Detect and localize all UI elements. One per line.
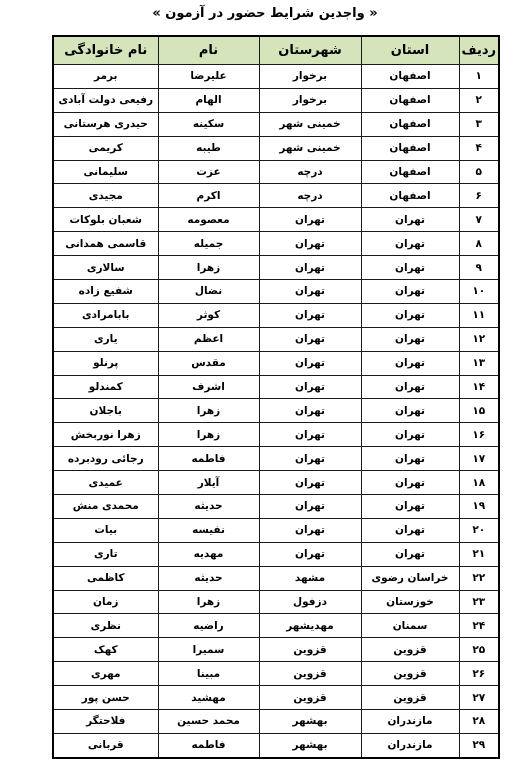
cell-row-number: ۶ <box>459 184 499 208</box>
cell-row-number: ۲۱ <box>459 542 499 566</box>
cell-last-name: شفیع زاده <box>53 280 158 304</box>
cell-first-name: اشرف <box>158 375 259 399</box>
cell-province: اصفهان <box>361 184 459 208</box>
table-header-row: ردیف استان شهرستان نام نام خانوادگی <box>53 36 499 65</box>
cell-city: بهشهر <box>259 710 361 734</box>
table-row: ۲۶قزوینقزوینمبینامهری <box>53 662 499 686</box>
cell-province: تهران <box>361 399 459 423</box>
table-row: ۱۷تهرانتهرانفاطمهرجائی رودبرده <box>53 447 499 471</box>
cell-row-number: ۱۱ <box>459 303 499 327</box>
cell-last-name: نظری <box>53 614 158 638</box>
cell-province: تهران <box>361 542 459 566</box>
cell-last-name: قربانی <box>53 733 158 757</box>
cell-city: تهران <box>259 256 361 280</box>
cell-first-name: مهدیه <box>158 542 259 566</box>
cell-province: تهران <box>361 256 459 280</box>
cell-last-name: کهک <box>53 638 158 662</box>
cell-city: خمینی شهر <box>259 136 361 160</box>
header-city: شهرستان <box>259 36 361 65</box>
cell-last-name: کمندلو <box>53 375 158 399</box>
cell-city: تهران <box>259 423 361 447</box>
cell-province: اصفهان <box>361 136 459 160</box>
cell-row-number: ۲۵ <box>459 638 499 662</box>
header-last-name: نام خانوادگی <box>53 36 158 65</box>
header-first-name: نام <box>158 36 259 65</box>
cell-city: تهران <box>259 375 361 399</box>
cell-province: مازندران <box>361 733 459 757</box>
cell-city: مهدیشهر <box>259 614 361 638</box>
cell-province: تهران <box>361 471 459 495</box>
cell-city: تهران <box>259 351 361 375</box>
cell-city: تهران <box>259 518 361 542</box>
cell-city: درچه <box>259 184 361 208</box>
table-row: ۸تهرانتهرانجمیلهقاسمی همدانی <box>53 232 499 256</box>
cell-city: تهران <box>259 303 361 327</box>
cell-row-number: ۲۲ <box>459 566 499 590</box>
cell-city: تهران <box>259 471 361 495</box>
cell-city: تهران <box>259 447 361 471</box>
table-row: ۱۴تهرانتهراناشرفکمندلو <box>53 375 499 399</box>
cell-province: تهران <box>361 423 459 447</box>
cell-city: تهران <box>259 232 361 256</box>
cell-last-name: فلاحتگر <box>53 710 158 734</box>
cell-province: خوزستان <box>361 590 459 614</box>
cell-city: خمینی شهر <box>259 112 361 136</box>
cell-city: قزوین <box>259 662 361 686</box>
table-row: ۱۶تهرانتهرانزهرازهرا نوربخش <box>53 423 499 447</box>
cell-first-name: علیرضا <box>158 65 259 89</box>
table-row: ۳اصفهانخمینی شهرسکینهحیدری هرستانی <box>53 112 499 136</box>
cell-first-name: فاطمه <box>158 733 259 757</box>
page-title: « واجدین شرایط حضور در آزمون » <box>0 6 530 21</box>
cell-row-number: ۱۸ <box>459 471 499 495</box>
table-row: ۱۳تهرانتهرانمقدسپرنلو <box>53 351 499 375</box>
cell-last-name: باجلان <box>53 399 158 423</box>
cell-last-name: مهری <box>53 662 158 686</box>
cell-first-name: اکرم <box>158 184 259 208</box>
cell-first-name: نفیسه <box>158 518 259 542</box>
cell-last-name: بابامرادی <box>53 303 158 327</box>
cell-first-name: اعظم <box>158 327 259 351</box>
cell-city: درچه <box>259 160 361 184</box>
cell-row-number: ۱۳ <box>459 351 499 375</box>
table-row: ۴اصفهانخمینی شهرطیبهکریمی <box>53 136 499 160</box>
cell-first-name: محمد حسین <box>158 710 259 734</box>
cell-row-number: ۱۶ <box>459 423 499 447</box>
cell-city: تهران <box>259 280 361 304</box>
table-row: ۶اصفهاندرچهاکرممجیدی <box>53 184 499 208</box>
cell-province: تهران <box>361 447 459 471</box>
table-row: ۲۳خوزستاندزفولزهرازمان <box>53 590 499 614</box>
cell-row-number: ۲ <box>459 88 499 112</box>
cell-first-name: مقدس <box>158 351 259 375</box>
cell-province: اصفهان <box>361 112 459 136</box>
cell-last-name: تاری <box>53 542 158 566</box>
table-row: ۱۰تهرانتهراننضالشفیع زاده <box>53 280 499 304</box>
cell-city: بهشهر <box>259 733 361 757</box>
table-row: ۲۹مازندرانبهشهرفاطمهقربانی <box>53 733 499 757</box>
cell-row-number: ۳ <box>459 112 499 136</box>
cell-province: اصفهان <box>361 160 459 184</box>
cell-first-name: راضیه <box>158 614 259 638</box>
cell-first-name: مهشید <box>158 686 259 710</box>
cell-last-name: بیات <box>53 518 158 542</box>
cell-row-number: ۱ <box>459 65 499 89</box>
table-row: ۲اصفهانبرخوارالهامرفیعی دولت آبادی <box>53 88 499 112</box>
table-body: ۱اصفهانبرخوارعلیرضابرمر۲اصفهانبرخوارالها… <box>53 65 499 758</box>
cell-province: قزوین <box>361 686 459 710</box>
cell-city: برخوار <box>259 65 361 89</box>
cell-row-number: ۱۲ <box>459 327 499 351</box>
cell-row-number: ۲۸ <box>459 710 499 734</box>
cell-first-name: کوثر <box>158 303 259 327</box>
cell-row-number: ۷ <box>459 208 499 232</box>
cell-city: برخوار <box>259 88 361 112</box>
cell-last-name: حسن پور <box>53 686 158 710</box>
cell-row-number: ۲۳ <box>459 590 499 614</box>
cell-province: مازندران <box>361 710 459 734</box>
cell-last-name: رجائی رودبرده <box>53 447 158 471</box>
cell-city: تهران <box>259 495 361 519</box>
cell-first-name: سکینه <box>158 112 259 136</box>
cell-first-name: زهرا <box>158 399 259 423</box>
cell-first-name: نضال <box>158 280 259 304</box>
table-row: ۹تهرانتهرانزهراسالاری <box>53 256 499 280</box>
cell-row-number: ۲۹ <box>459 733 499 757</box>
cell-last-name: سلیمانی <box>53 160 158 184</box>
cell-row-number: ۲۷ <box>459 686 499 710</box>
cell-city: تهران <box>259 542 361 566</box>
cell-city: تهران <box>259 208 361 232</box>
cell-row-number: ۱۴ <box>459 375 499 399</box>
cell-province: تهران <box>361 208 459 232</box>
cell-last-name: کریمی <box>53 136 158 160</box>
cell-first-name: طیبه <box>158 136 259 160</box>
table-row: ۲۸مازندرانبهشهرمحمد حسینفلاحتگر <box>53 710 499 734</box>
cell-last-name: یاری <box>53 327 158 351</box>
table-row: ۷تهرانتهرانمعصومهشعبان بلوکات <box>53 208 499 232</box>
cell-first-name: حدیثه <box>158 566 259 590</box>
cell-last-name: زهرا نوربخش <box>53 423 158 447</box>
cell-row-number: ۴ <box>459 136 499 160</box>
cell-last-name: شعبان بلوکات <box>53 208 158 232</box>
cell-row-number: ۱۷ <box>459 447 499 471</box>
cell-province: سمنان <box>361 614 459 638</box>
cell-province: تهران <box>361 375 459 399</box>
cell-province: خراسان رضوی <box>361 566 459 590</box>
cell-row-number: ۲۴ <box>459 614 499 638</box>
cell-city: قزوین <box>259 686 361 710</box>
table-row: ۵اصفهاندرچهعزتسلیمانی <box>53 160 499 184</box>
table-row: ۲۲خراسان رضویمشهدحدیثهکاظمی <box>53 566 499 590</box>
cell-first-name: سمیرا <box>158 638 259 662</box>
cell-last-name: محمدی منش <box>53 495 158 519</box>
cell-first-name: زهرا <box>158 423 259 447</box>
table-row: ۱۸تهرانتهرانآیلارعمیدی <box>53 471 499 495</box>
cell-first-name: زهرا <box>158 256 259 280</box>
cell-last-name: کاظمی <box>53 566 158 590</box>
cell-row-number: ۱۵ <box>459 399 499 423</box>
cell-province: تهران <box>361 495 459 519</box>
cell-last-name: قاسمی همدانی <box>53 232 158 256</box>
cell-last-name: حیدری هرستانی <box>53 112 158 136</box>
cell-first-name: جمیله <box>158 232 259 256</box>
table-row: ۲۵قزوینقزوینسمیراکهک <box>53 638 499 662</box>
cell-first-name: الهام <box>158 88 259 112</box>
cell-last-name: رفیعی دولت آبادی <box>53 88 158 112</box>
cell-city: دزفول <box>259 590 361 614</box>
cell-province: اصفهان <box>361 88 459 112</box>
cell-first-name: حدیثه <box>158 495 259 519</box>
table-row: ۱۱تهرانتهرانکوثربابامرادی <box>53 303 499 327</box>
cell-last-name: پرنلو <box>53 351 158 375</box>
cell-province: تهران <box>361 280 459 304</box>
cell-province: اصفهان <box>361 65 459 89</box>
cell-row-number: ۸ <box>459 232 499 256</box>
cell-city: تهران <box>259 399 361 423</box>
cell-first-name: فاطمه <box>158 447 259 471</box>
table-row: ۱۹تهرانتهرانحدیثهمحمدی منش <box>53 495 499 519</box>
cell-last-name: سالاری <box>53 256 158 280</box>
cell-first-name: زهرا <box>158 590 259 614</box>
cell-province: تهران <box>361 232 459 256</box>
table-row: ۱۵تهرانتهرانزهراباجلان <box>53 399 499 423</box>
header-province: استان <box>361 36 459 65</box>
table-row: ۲۷قزوینقزوینمهشیدحسن پور <box>53 686 499 710</box>
table-row: ۱۲تهرانتهراناعظمیاری <box>53 327 499 351</box>
cell-province: قزوین <box>361 638 459 662</box>
cell-province: قزوین <box>361 662 459 686</box>
eligible-candidates-table: ردیف استان شهرستان نام نام خانوادگی ۱اصف… <box>52 35 500 759</box>
table-row: ۲۰تهرانتهراننفیسهبیات <box>53 518 499 542</box>
cell-row-number: ۲۰ <box>459 518 499 542</box>
cell-row-number: ۲۶ <box>459 662 499 686</box>
cell-first-name: عزت <box>158 160 259 184</box>
cell-province: تهران <box>361 518 459 542</box>
cell-last-name: برمر <box>53 65 158 89</box>
cell-row-number: ۱۰ <box>459 280 499 304</box>
cell-last-name: زمان <box>53 590 158 614</box>
cell-province: تهران <box>361 351 459 375</box>
table-row: ۱اصفهانبرخوارعلیرضابرمر <box>53 65 499 89</box>
cell-city: تهران <box>259 327 361 351</box>
cell-province: تهران <box>361 303 459 327</box>
cell-row-number: ۵ <box>459 160 499 184</box>
cell-last-name: عمیدی <box>53 471 158 495</box>
cell-first-name: آیلار <box>158 471 259 495</box>
cell-first-name: مبینا <box>158 662 259 686</box>
cell-last-name: مجیدی <box>53 184 158 208</box>
table-row: ۲۴سمنانمهدیشهرراضیهنظری <box>53 614 499 638</box>
header-row-number: ردیف <box>459 36 499 65</box>
cell-row-number: ۹ <box>459 256 499 280</box>
cell-province: تهران <box>361 327 459 351</box>
cell-row-number: ۱۹ <box>459 495 499 519</box>
cell-first-name: معصومه <box>158 208 259 232</box>
cell-city: مشهد <box>259 566 361 590</box>
cell-city: قزوین <box>259 638 361 662</box>
table-row: ۲۱تهرانتهرانمهدیهتاری <box>53 542 499 566</box>
